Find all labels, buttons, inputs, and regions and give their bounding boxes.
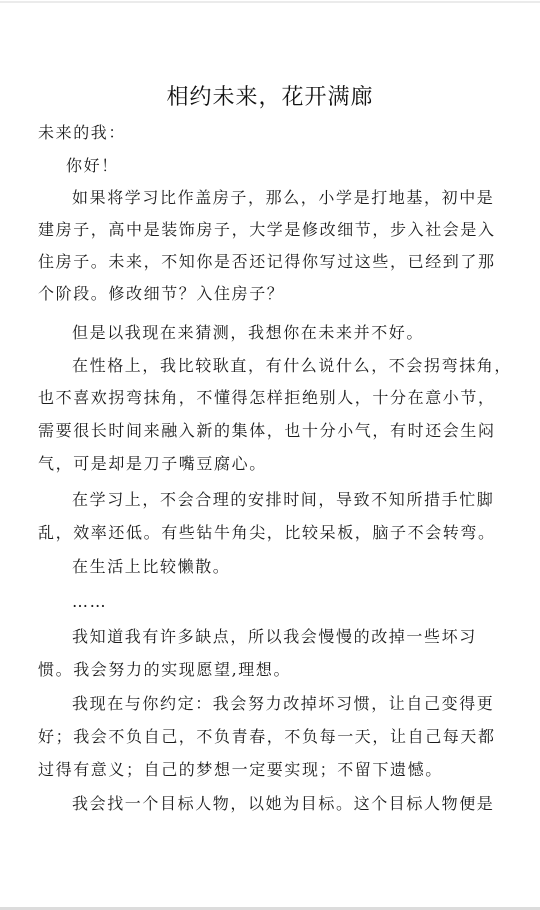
body-line: 在学习上，不会合理的安排时间，导致不知所措手忙脚 [72, 487, 488, 510]
body-line: 如果将学习比作盖房子，那么，小学是打地基，初中是 [72, 185, 488, 208]
body-line: 乱，效率还低。有些钻牛角尖，比较呆板，脑子不会转弯。 [38, 520, 488, 543]
body-line: 住房子。未来，不知你是否还记得你写过这些，已经到了那 [38, 249, 488, 272]
body-line: 个阶段。修改细节？入住房子？ [38, 281, 488, 304]
body-line: 过得有意义；自己的梦想一定要实现；不留下遗憾。 [38, 757, 488, 780]
body-line: 好；我会不负自己，不负青春，不负每一天，让自己每天都 [38, 724, 488, 747]
body-line: 在性格上，我比较耿直，有什么说什么，不会拐弯抹角， [72, 353, 488, 376]
ellipsis-line: …… [72, 592, 488, 611]
body-line: 建房子，高中是装饰房子，大学是修改细节，步入社会是入 [38, 217, 488, 240]
body-line: 惯。我会努力的实现愿望,理想。 [38, 657, 488, 680]
document-title: 相约未来，花开满廊 [0, 80, 540, 111]
body-line: 气，可是却是刀子嘴豆腐心。 [38, 451, 488, 474]
greeting: 你好！ [66, 153, 516, 176]
body-line: 我会找一个目标人物，以她为目标。这个目标人物便是 [72, 791, 488, 814]
salutation: 未来的我： [38, 120, 488, 143]
body-line: 我现在与你约定：我会努力改掉坏习惯，让自己变得更 [72, 691, 488, 714]
body-line: 我知道我有许多缺点，所以我会慢慢的改掉一些坏习 [72, 624, 488, 647]
body-line: 也不喜欢拐弯抹角，不懂得怎样拒绝别人，十分在意小节， [38, 385, 488, 408]
body-line: 但是以我现在来猜测，我想你在未来并不好。 [72, 320, 488, 343]
body-line: 在生活上比较懒散。 [72, 554, 488, 577]
document-page: 相约未来，花开满廊 未来的我： 你好！ 如果将学习比作盖房子，那么，小学是打地基… [0, 0, 540, 905]
body-line: 需要很长时间来融入新的集体，也十分小气，有时还会生闷 [38, 418, 488, 441]
